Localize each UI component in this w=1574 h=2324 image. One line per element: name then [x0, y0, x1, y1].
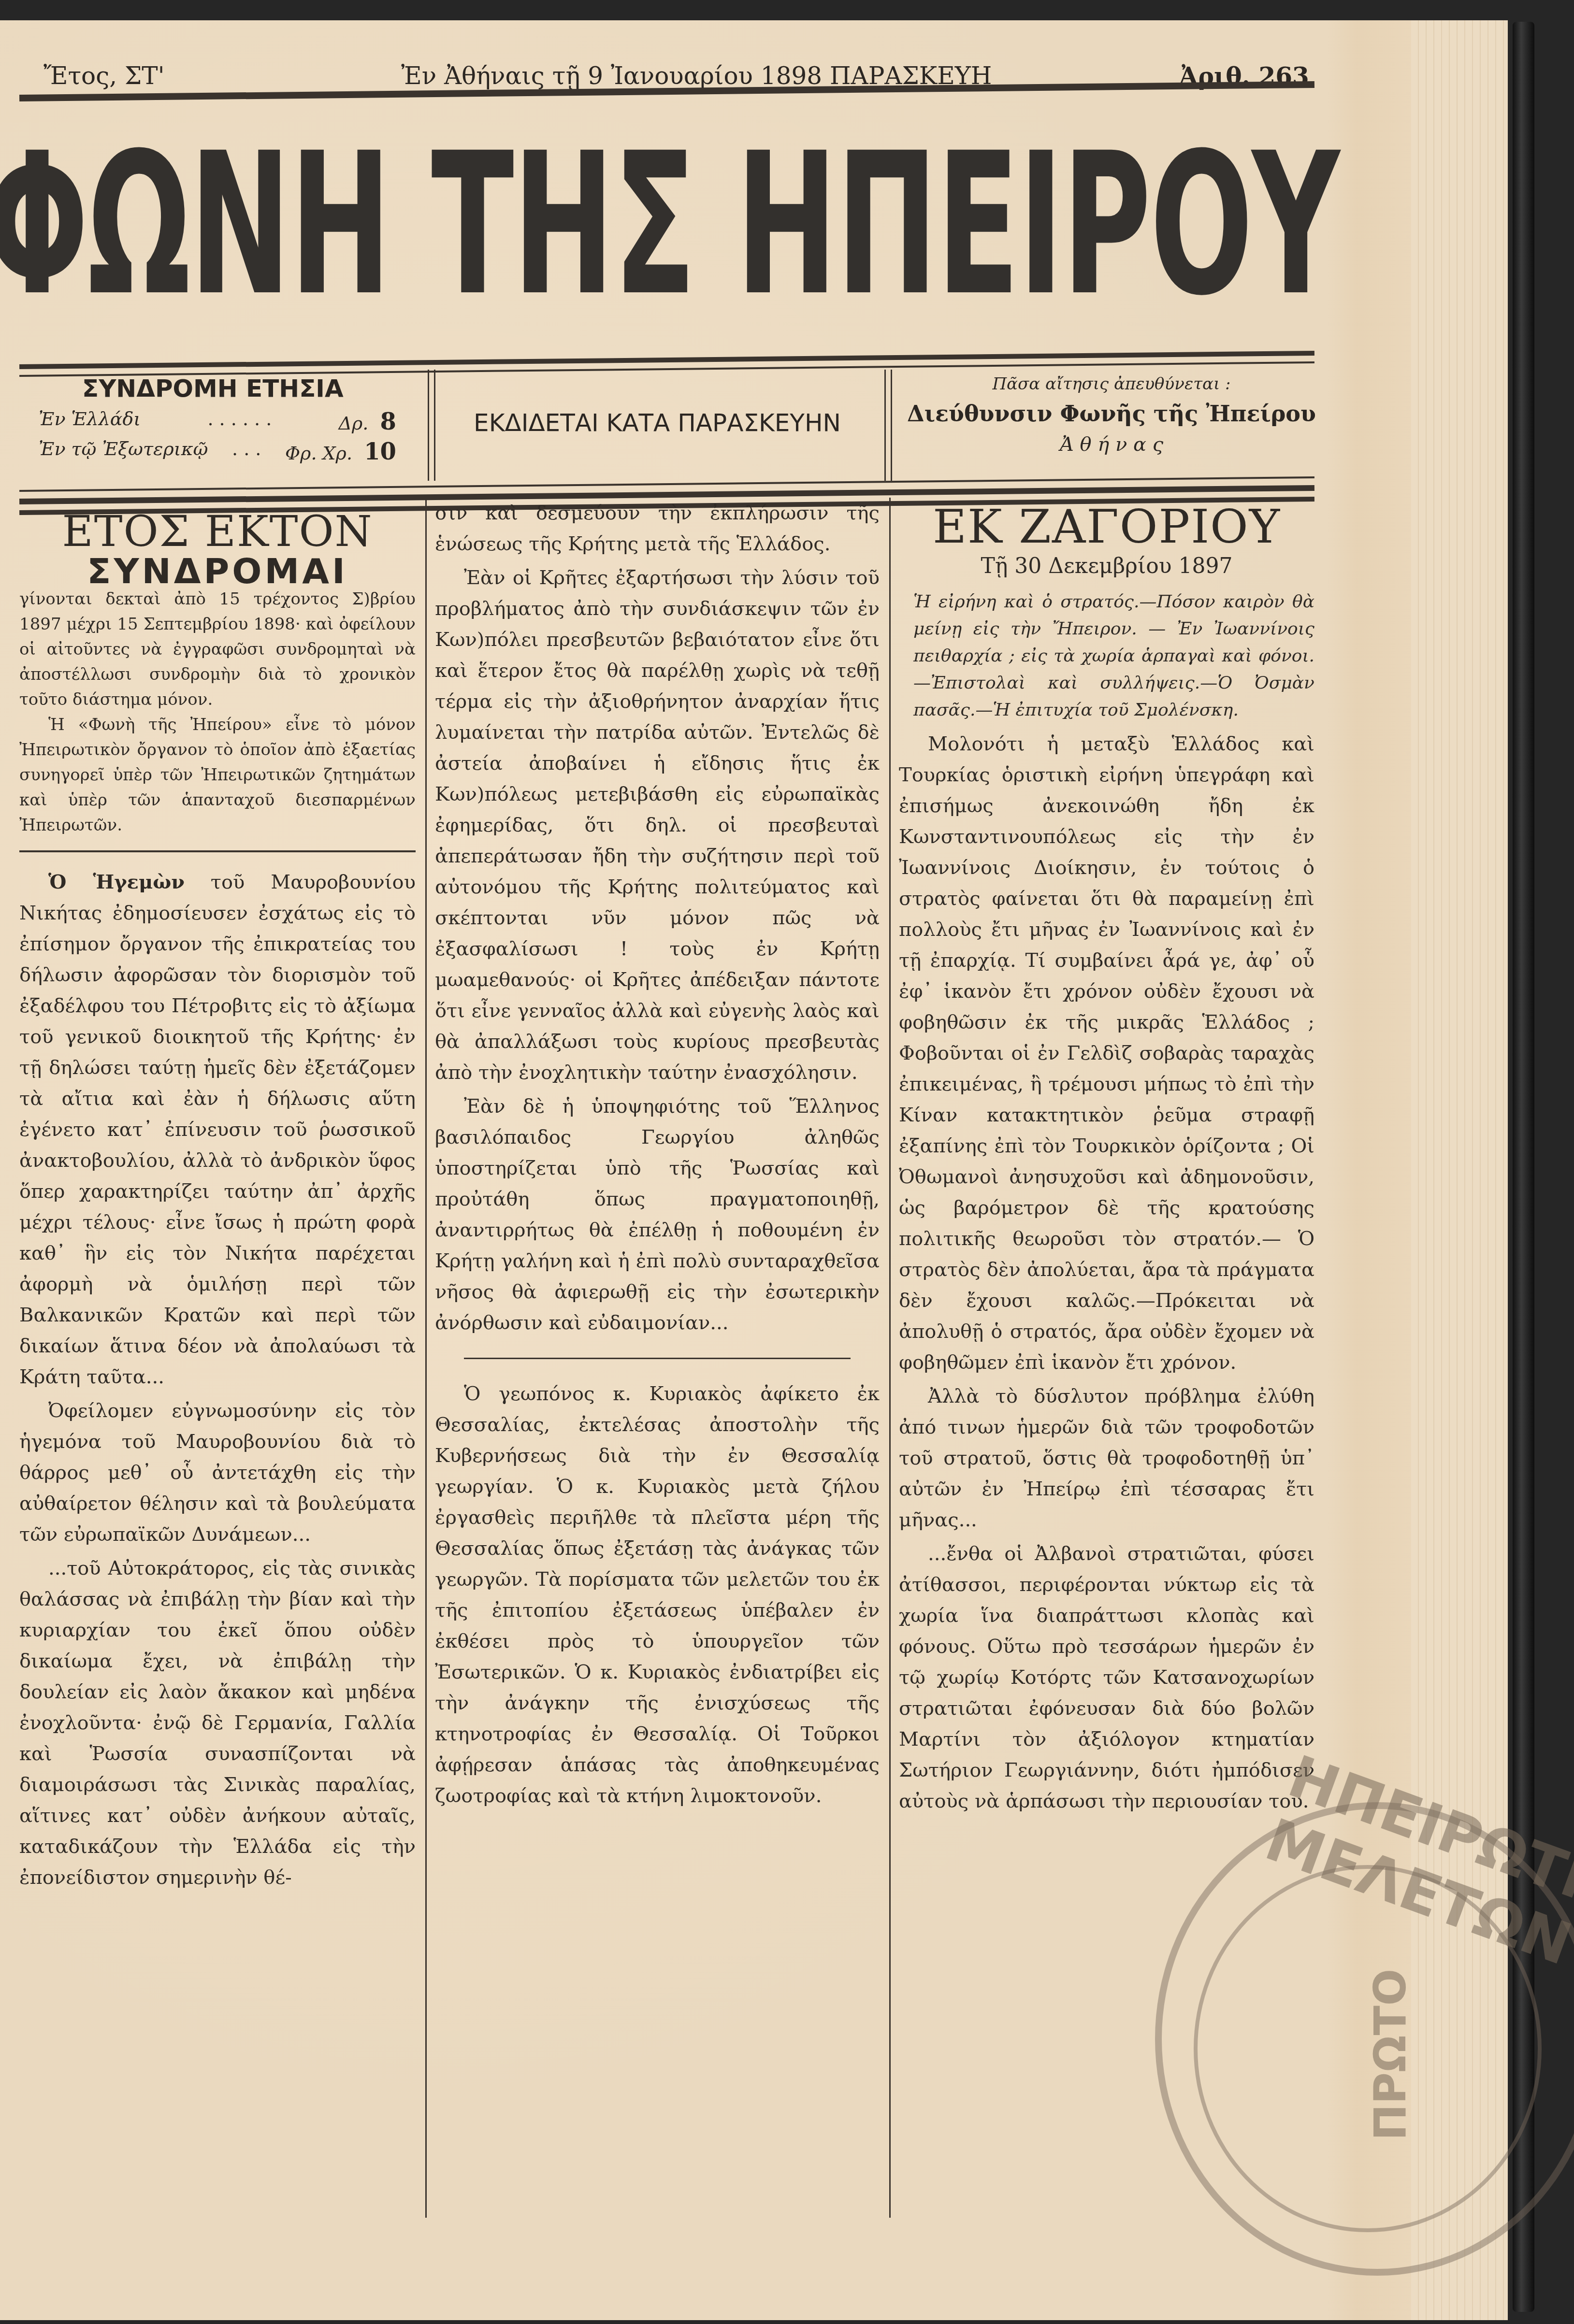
subscriptions-heading: ΣΥΝΔΡΟΜΑΙ	[19, 556, 416, 587]
crete-p3: Ἐὰν δὲ ἡ ὑποψηφιότης τοῦ Ἕλληνος βασιλόπ…	[435, 1091, 880, 1338]
masthead-title: ΦΩΝΗ ΤΗΣ ΗΠΕΙΡΟΥ	[350, 123, 974, 326]
box-separator-1	[428, 370, 435, 481]
zagori-p3: ...ἔνθα οἱ Ἀλβανοὶ στρατιῶται, φύσει ἀτί…	[899, 1538, 1314, 1817]
box-separator-2	[884, 370, 892, 481]
column-rule-2	[889, 498, 891, 2218]
article-montenegro-p2: Ὀφείλομεν εὐγνωμοσύνην εἰς τὸν ἡγεμόνα τ…	[19, 1395, 416, 1550]
address-line2: Ἀ θ ή ν α ς	[899, 433, 1324, 456]
agronomist-note: Ὁ γεωπόνος κ. Κυριακὸς ἀφίκετο ἐκ Θεσσαλ…	[435, 1378, 880, 1811]
zagori-dateline: Τῇ 30 Δεκεμβρίου 1897	[899, 551, 1314, 582]
crete-p2: Ἐὰν οἱ Κρῆτες ἐξαρτήσωσι τὴν λύσιν τοῦ π…	[435, 562, 880, 1088]
year-label: Ἔτος, ΣΤ'	[43, 62, 164, 90]
crete-p1: σιν καὶ δεσμεύουν τὴν ἐκπλήρωσιν τῆς ἑνώ…	[435, 498, 880, 559]
zagori-p1: Μολονότι ἡ μεταξὺ Ἑλλάδος καὶ Τουρκίας ὁ…	[899, 729, 1314, 1378]
stamp-inner-text: ΠΡΩΤΟ	[1365, 1969, 1416, 2141]
zagori-summary: Ἡ εἰρήνη καὶ ὁ στρατός.—Πόσον καιρὸν θὰ …	[899, 588, 1314, 724]
address-box: Πᾶσα αἴτησις ἀπευθύνεται : Διεύθυνσιν Φω…	[899, 374, 1324, 471]
article-separator	[464, 1358, 851, 1359]
zagori-p2: Ἀλλὰ τὸ δύσλυτον πρόβλημα ἐλύθη ἀπό τινω…	[899, 1381, 1314, 1535]
publication-text: ΕΚΔΙΔΕΤΑΙ ΚΑΤΑ ΠΑΡΑΣΚΕΥΗΝ	[474, 409, 841, 437]
paper-description: Ἡ «Φωνὴ τῆς Ἠπείρου» εἶνε τὸ μόνον Ἠπειρ…	[19, 712, 416, 838]
subscription-title: ΣΥΝΔΡΟΜΗ ΕΤΗΣΙΑ	[39, 374, 406, 402]
column-3: ΕΚ ΖΑΓΟΡΙΟΥ Τῇ 30 Δεκεμβρίου 1897 Ἡ εἰρή…	[899, 502, 1314, 1820]
subscription-box: ΣΥΝΔΡΟΜΗ ΕΤΗΣΙΑ Ἐν Ἑλλάδι . . . . . . Δρ…	[39, 374, 406, 471]
zagori-heading: ΕΚ ΖΑΓΟΡΙΟΥ	[899, 502, 1314, 551]
column-rule-1	[425, 498, 427, 2218]
article-montenegro-p1: Ὁ Ἡγεμὼν τοῦ Μαυροβουνίου Νικήτας ἐδημοσ…	[19, 867, 416, 1392]
notice-rule	[19, 850, 416, 852]
address-intro: Πᾶσα αἴτησις ἀπευθύνεται :	[899, 374, 1324, 394]
subscriptions-notice: γίνονται δεκταὶ ἀπὸ 15 τρέχοντος Σ)βρίου…	[19, 587, 416, 712]
publication-box: ΕΚΔΙΔΕΤΑΙ ΚΑΤΑ ΠΑΡΑΣΚΕΥΗΝ	[445, 374, 870, 471]
article-montenegro-p3: ...τοῦ Αὐτοκράτορος, εἰς τὰς σινικὰς θαλ…	[19, 1553, 416, 1893]
subscription-row-foreign: Ἐν τῷ Ἐξωτερικῷ . . . Φρ. Χρ. 10	[39, 438, 396, 465]
address-line1: Διεύθυνσιν Φωνῆς τῆς Ἠπείρου	[899, 401, 1324, 427]
year-six-heading: ΕΤΟΣ ΕΚΤΟΝ	[19, 507, 416, 556]
column-2: σιν καὶ δεσμεύουν τὴν ἐκπλήρωσιν τῆς ἑνώ…	[435, 498, 880, 1814]
subscription-row-domestic: Ἐν Ἑλλάδι . . . . . . Δρ. 8	[39, 408, 396, 435]
column-1: ΕΤΟΣ ΕΚΤΟΝ ΣΥΝΔΡΟΜΑΙ γίνονται δεκταὶ ἀπὸ…	[19, 507, 416, 1896]
